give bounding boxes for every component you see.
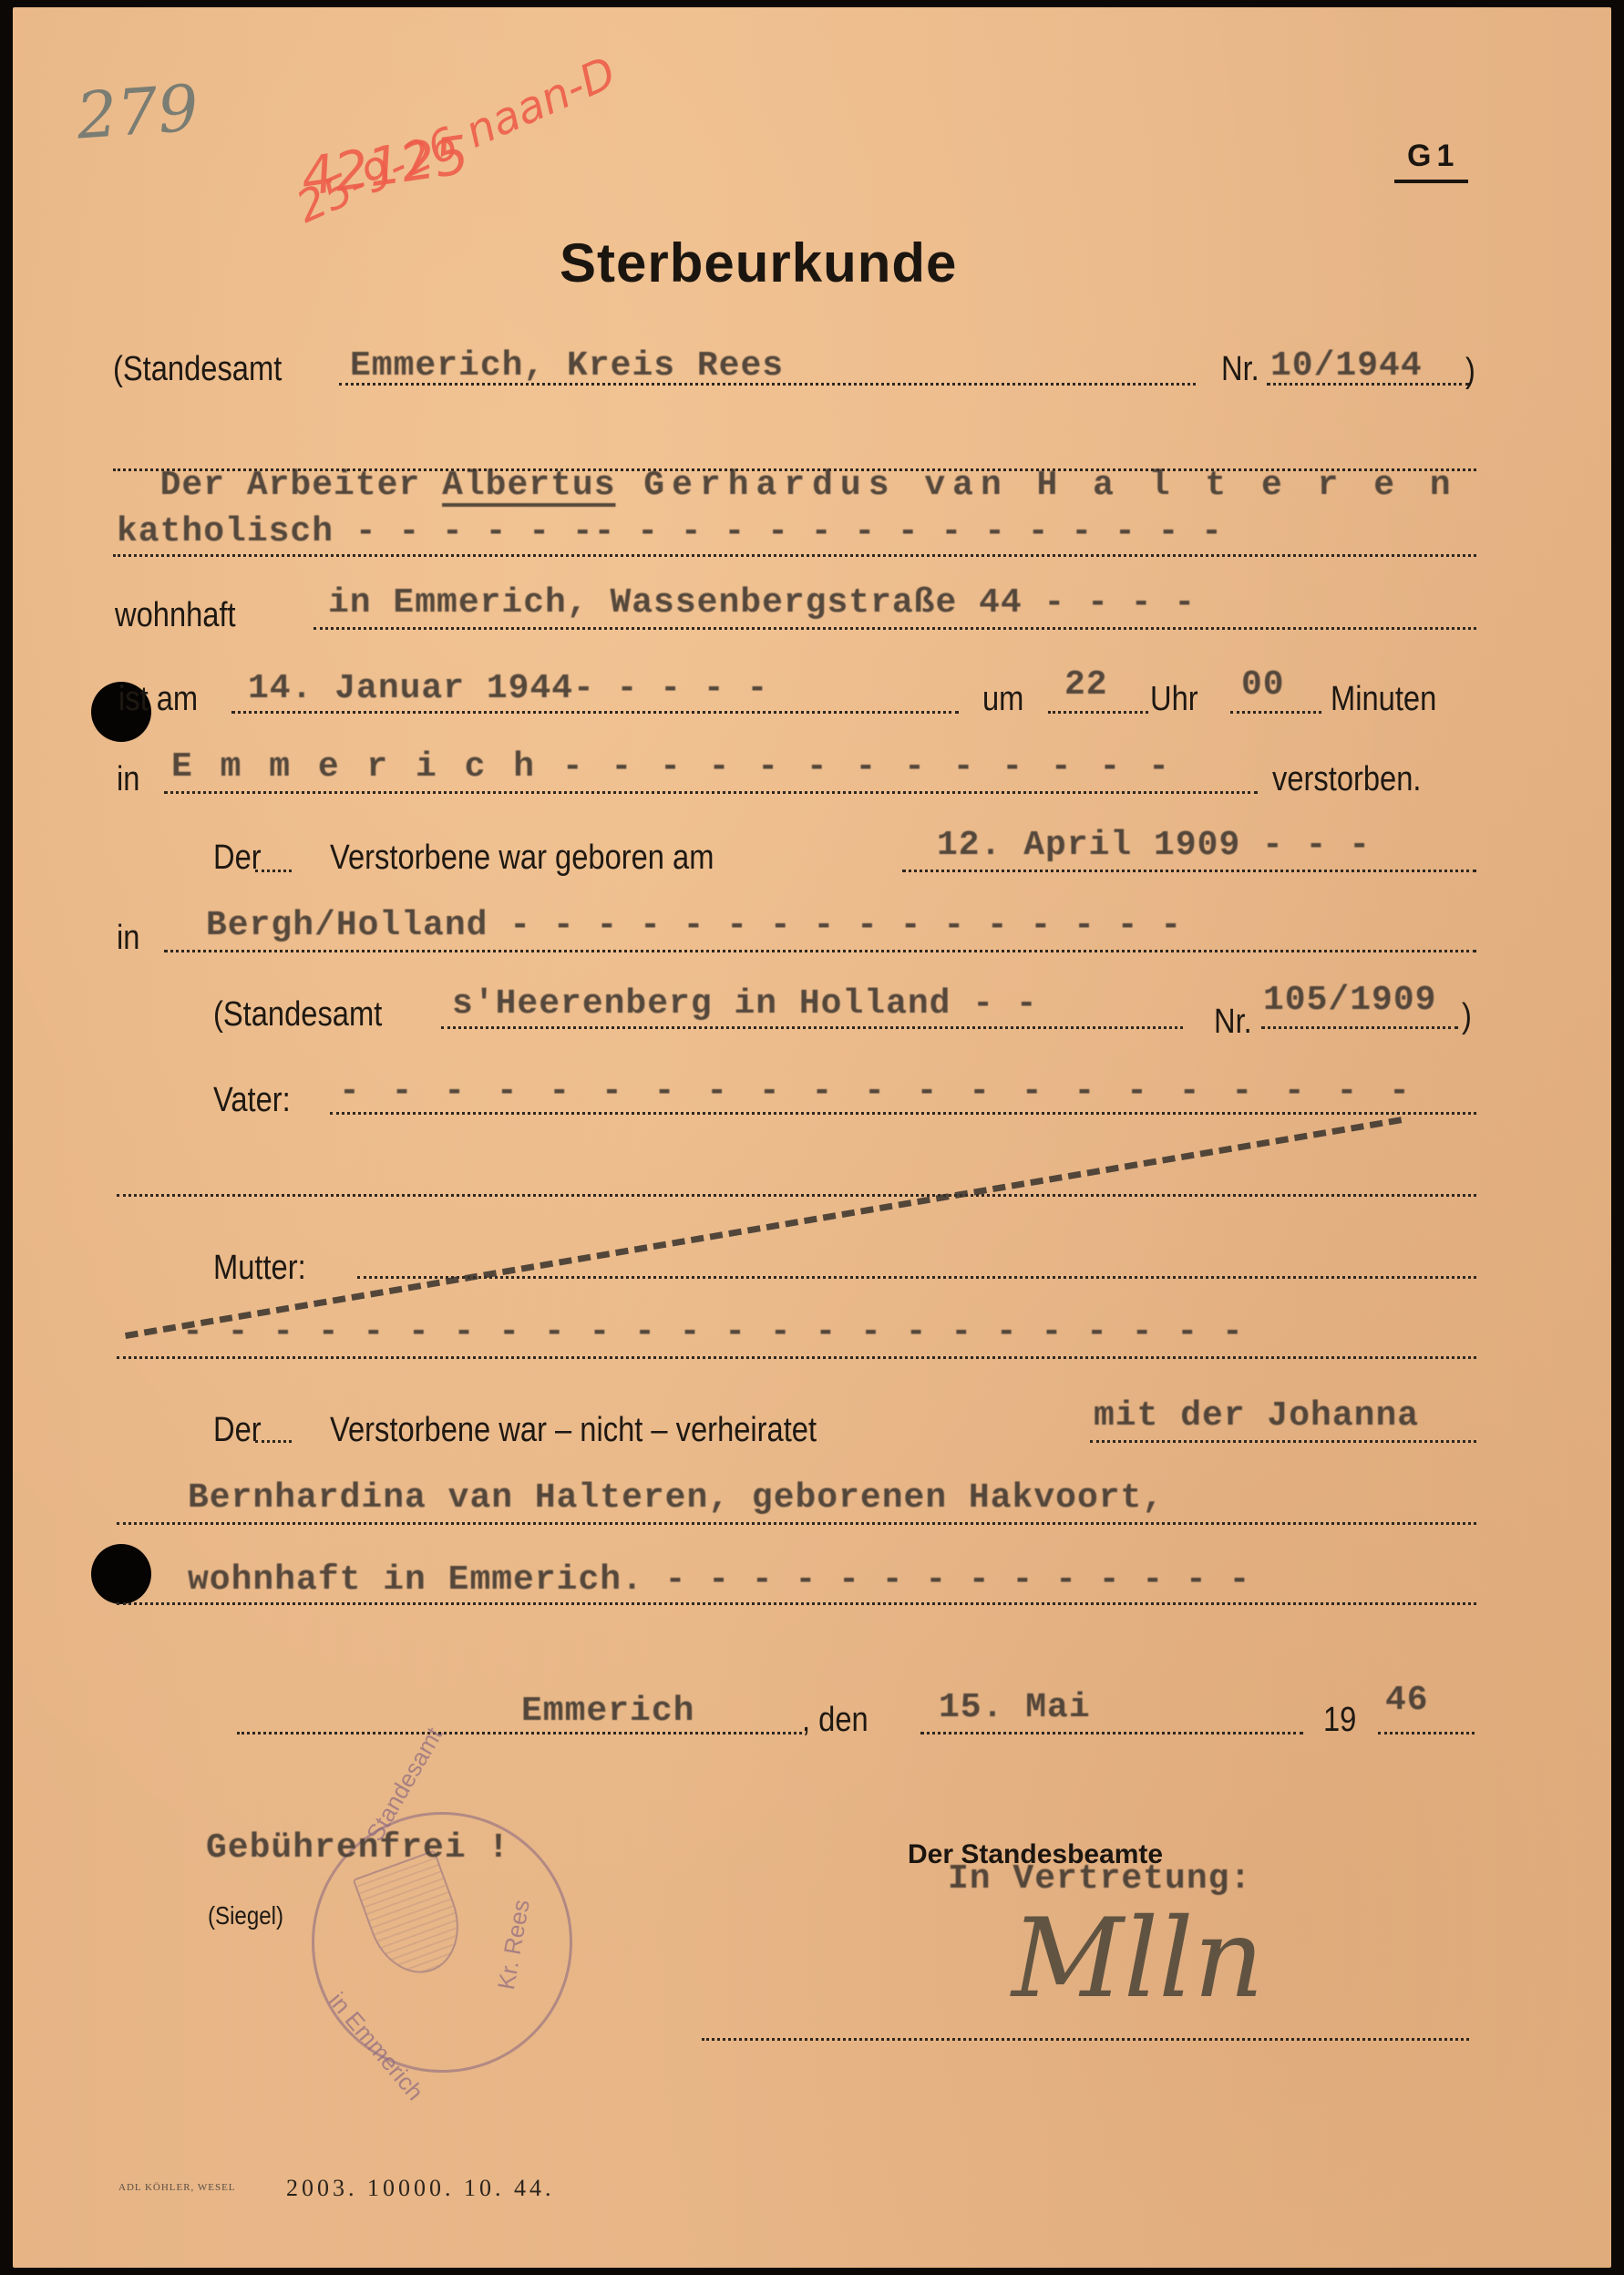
registry-number: 10/1944 <box>1270 346 1423 386</box>
spouse-line-1: mit der Johanna <box>1094 1396 1419 1436</box>
fill-line <box>313 627 1476 630</box>
fill-line <box>902 870 1476 872</box>
label-den: , den <box>802 1701 869 1740</box>
print-code: 2003. 10000. 10. 44. <box>286 2175 555 2202</box>
signature-line <box>702 2038 1469 2041</box>
first-name-underlined: Albertus <box>442 466 615 505</box>
issue-place: Emmerich <box>521 1692 694 1731</box>
birth-date: 12. April 1909 - - - <box>937 826 1371 865</box>
birth-place: Bergh/Holland - - - - - - - - - - - - - … <box>206 906 1182 945</box>
label-der: Der <box>213 839 262 878</box>
label-uhr: Uhr <box>1150 680 1198 719</box>
printer-imprint: ADL KÖHLER, WESEL <box>118 2182 236 2193</box>
fill-line <box>1378 1732 1475 1735</box>
birth-registry-number: 105/1909 <box>1263 981 1436 1020</box>
fee-exempt-note: Gebührenfrei ! <box>206 1828 509 1868</box>
fill-line <box>117 1356 1476 1359</box>
fill-line <box>237 1732 802 1735</box>
deceased-name-line: Der Arbeiter Albertus Gerhardus van H a … <box>117 427 1458 505</box>
name-rest: Gerhardus van H a l t e r e n <box>616 466 1458 505</box>
standesamt-value: Emmerich, Kreis Rees <box>350 346 784 386</box>
label-geboren-am: Verstorbene war geboren am <box>330 839 714 878</box>
label-standesamt: (Standesamt <box>113 350 282 389</box>
label-mutter: Mutter: <box>213 1249 306 1288</box>
pencil-annotation: 279 <box>74 70 200 153</box>
page-title: Sterbeurkunde <box>560 232 957 294</box>
religion-value: katholisch - - - - - -- - - - - - - - - … <box>117 512 1223 551</box>
label-verstorben: verstorben. <box>1272 760 1421 799</box>
fill-line <box>441 1026 1183 1029</box>
fill-line <box>255 870 292 872</box>
year-suffix: 46 <box>1385 1681 1429 1720</box>
fill-line <box>330 1112 1476 1115</box>
fill-line <box>1090 1440 1476 1443</box>
close-paren: ) <box>1462 997 1472 1036</box>
label-minuten: Minuten <box>1331 680 1436 719</box>
proxy-note: In Vertretung: <box>948 1859 1251 1899</box>
label-siegel: (Siegel) <box>208 1901 283 1930</box>
spouse-line-3: wohnhaft in Emmerich. - - - - - - - - - … <box>188 1560 1250 1600</box>
fill-line <box>117 1194 1476 1197</box>
label-in: in <box>117 760 139 799</box>
fill-line <box>113 554 1476 557</box>
death-hour: 22 <box>1064 665 1108 705</box>
name-prefix: Der Arbeiter <box>160 466 442 505</box>
death-date: 14. Januar 1944- - - - - <box>248 669 768 708</box>
death-minutes: 00 <box>1241 665 1285 705</box>
fill-line <box>1230 711 1321 714</box>
residence-value: in Emmerich, Wassenbergstraße 44 - - - - <box>328 583 1196 623</box>
label-birth-nr: Nr. <box>1214 1003 1252 1042</box>
fill-line <box>117 1602 1476 1605</box>
label-verheiratet: Verstorbene war – nicht – verheiratet <box>330 1411 817 1450</box>
label-wohnhaft: wohnhaft <box>115 596 236 635</box>
issue-date: 15. Mai <box>939 1688 1091 1727</box>
label-birth-standesamt: (Standesamt <box>213 995 382 1035</box>
label-ist-am: ist am <box>118 680 198 719</box>
year-prefix: 19 <box>1323 1701 1356 1740</box>
label-in: in <box>117 919 139 958</box>
form-code: G1 <box>1394 139 1468 183</box>
official-signature: Mlln <box>1012 1896 1264 2023</box>
punch-hole <box>91 1544 151 1604</box>
fill-line <box>357 1276 1476 1279</box>
birth-standesamt-value: s'Heerenberg in Holland - - <box>452 984 1038 1024</box>
fill-line <box>1261 1026 1458 1029</box>
vater-value: - - - - - - - - - - - - - - - - - - - - … <box>339 1072 1415 1111</box>
label-um: um <box>982 680 1023 719</box>
label-der: Der <box>213 1411 262 1450</box>
fill-line <box>255 1440 292 1443</box>
death-place: E m m e r i c h - - - - - - - - - - - - … <box>171 747 1173 787</box>
spouse-line-2: Bernhardina van Halteren, geborenen Hakv… <box>188 1478 1164 1518</box>
fill-line <box>164 950 1476 952</box>
fill-line <box>231 711 959 714</box>
fill-line <box>1048 711 1148 714</box>
label-nr: Nr. <box>1221 350 1259 389</box>
fill-line <box>920 1732 1303 1735</box>
fill-line <box>117 1522 1476 1525</box>
fill-line <box>164 791 1258 794</box>
label-vater: Vater: <box>213 1081 291 1120</box>
mutter-value: - - - - - - - - - - - - - - - - - - - - … <box>182 1312 1245 1352</box>
close-paren: ) <box>1465 352 1475 391</box>
